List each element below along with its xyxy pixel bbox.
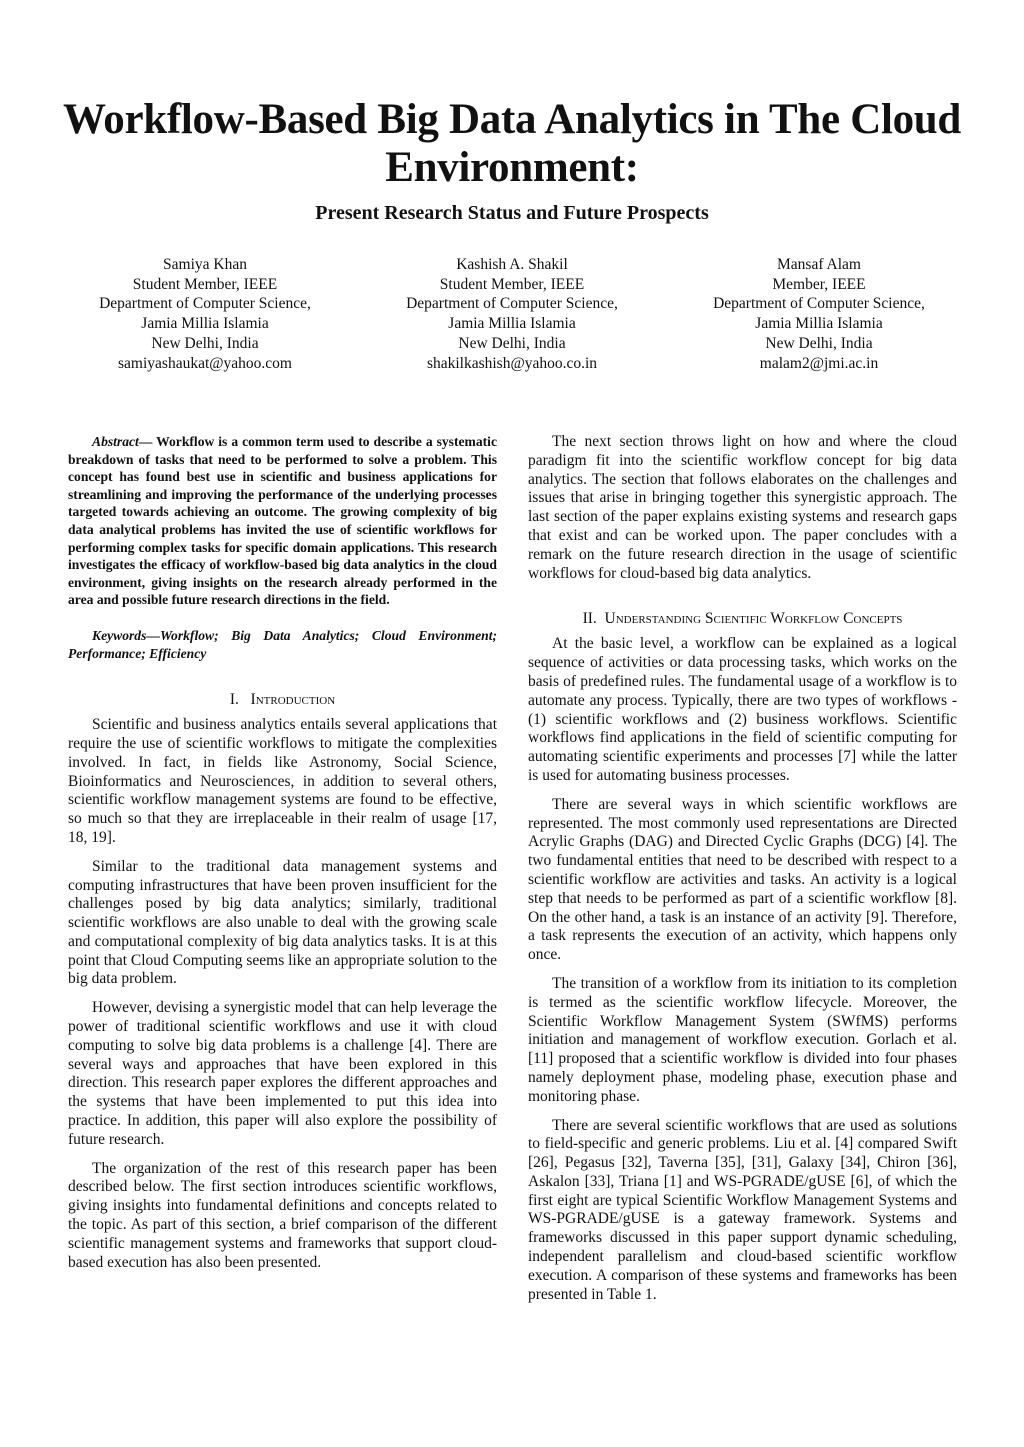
author-2: Kashish A. Shakil Student Member, IEEE D…	[367, 255, 657, 373]
abstract: Abstract— Workflow is a common term used…	[68, 433, 497, 609]
author-email: malam2@jmi.ac.in	[674, 354, 964, 374]
author-city: New Delhi, India	[674, 334, 964, 354]
paper-subtitle: Present Research Status and Future Prosp…	[0, 200, 1024, 226]
right-column: The next section throws light on how and…	[528, 433, 957, 1314]
author-name: Kashish A. Shakil	[367, 255, 657, 275]
section-heading-introduction: I. Introduction	[68, 690, 497, 710]
paragraph: At the basic level, a workflow can be ex…	[528, 635, 957, 785]
author-block: Samiya Khan Student Member, IEEE Departm…	[60, 255, 964, 373]
author-univ: Jamia Millia Islamia	[60, 314, 350, 334]
paragraph: There are several ways in which scientif…	[528, 796, 957, 965]
paragraph: The next section throws light on how and…	[528, 433, 957, 583]
paragraph: Scientific and business analytics entail…	[68, 716, 497, 848]
author-dept: Department of Computer Science,	[367, 294, 657, 314]
section-heading-understanding: II. Understanding Scientific Workflow Co…	[528, 609, 957, 629]
author-role: Student Member, IEEE	[367, 275, 657, 295]
author-dept: Department of Computer Science,	[674, 294, 964, 314]
paragraph: There are several scientific workflows t…	[528, 1117, 957, 1305]
author-univ: Jamia Millia Islamia	[367, 314, 657, 334]
author-dept: Department of Computer Science,	[60, 294, 350, 314]
paragraph: The organization of the rest of this res…	[68, 1160, 497, 1273]
author-name: Samiya Khan	[60, 255, 350, 275]
paragraph: Similar to the traditional data manageme…	[68, 858, 497, 990]
author-email: samiyashaukat@yahoo.com	[60, 354, 350, 374]
abstract-text: Workflow is a common term used to descri…	[68, 434, 497, 607]
author-role: Member, IEEE	[674, 275, 964, 295]
author-city: New Delhi, India	[60, 334, 350, 354]
author-univ: Jamia Millia Islamia	[674, 314, 964, 334]
paragraph: However, devising a synergistic model th…	[68, 999, 497, 1149]
author-role: Student Member, IEEE	[60, 275, 350, 295]
author-1: Samiya Khan Student Member, IEEE Departm…	[60, 255, 350, 373]
author-city: New Delhi, India	[367, 334, 657, 354]
paper-title: Workflow-Based Big Data Analytics in The…	[0, 96, 1024, 192]
keywords: Keywords—Workflow; Big Data Analytics; C…	[68, 627, 497, 662]
left-column: Abstract— Workflow is a common term used…	[68, 433, 497, 1282]
author-name: Mansaf Alam	[674, 255, 964, 275]
author-email: shakilkashish@yahoo.co.in	[367, 354, 657, 374]
paragraph: The transition of a workflow from its in…	[528, 975, 957, 1107]
author-3: Mansaf Alam Member, IEEE Department of C…	[674, 255, 964, 373]
abstract-label: Abstract—	[92, 434, 152, 449]
